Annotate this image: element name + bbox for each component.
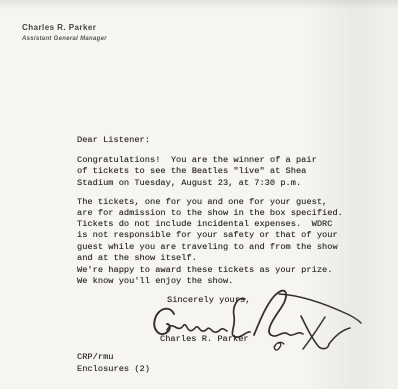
scan-shading-top — [0, 0, 398, 9]
paragraph-line: Tickets do not include incidental expens… — [77, 219, 343, 230]
salutation: Dear Listener: — [77, 135, 150, 146]
paragraph-line: and at the show itself. — [77, 253, 343, 264]
paragraph-line: guest while you are traveling to and fro… — [77, 242, 343, 253]
paragraph-line: The tickets, one for you and one for you… — [77, 197, 343, 208]
typed-signature-name: Charles R. Parker — [160, 334, 249, 345]
paragraph-line: We know you'll enjoy the show. — [77, 276, 332, 287]
paragraph-prize-award: We're happy to award these tickets as yo… — [77, 265, 332, 288]
paragraph-congratulations: Congratulations! You are the winner of a… — [77, 155, 317, 189]
enclosures-note: Enclosures (2) — [77, 364, 150, 375]
letterhead: Charles R. Parker Assistant General Mana… — [22, 23, 107, 42]
paragraph-line: Stadium on Tuesday, August 23, at 7:30 p… — [77, 178, 317, 189]
paragraph-line: We're happy to award these tickets as yo… — [77, 265, 332, 276]
paragraph-ticket-terms: The tickets, one for you and one for you… — [77, 197, 343, 265]
scan-shading-right — [303, 0, 398, 389]
paragraph-line: are for admission to the show in the box… — [77, 208, 343, 219]
paragraph-line: Congratulations! You are the winner of a… — [77, 155, 317, 166]
paragraph-line: of tickets to see the Beatles "live" at … — [77, 166, 317, 177]
closing-salutation: Sincerely yours, — [167, 295, 250, 306]
letterhead-title: Assistant General Manager — [22, 36, 107, 42]
paragraph-line: is not responsible for your safety or th… — [77, 230, 343, 241]
letterhead-name: Charles R. Parker — [22, 23, 107, 32]
letter-page: Charles R. Parker Assistant General Mana… — [0, 0, 398, 389]
reference-initials: CRP/rmu — [77, 352, 114, 363]
